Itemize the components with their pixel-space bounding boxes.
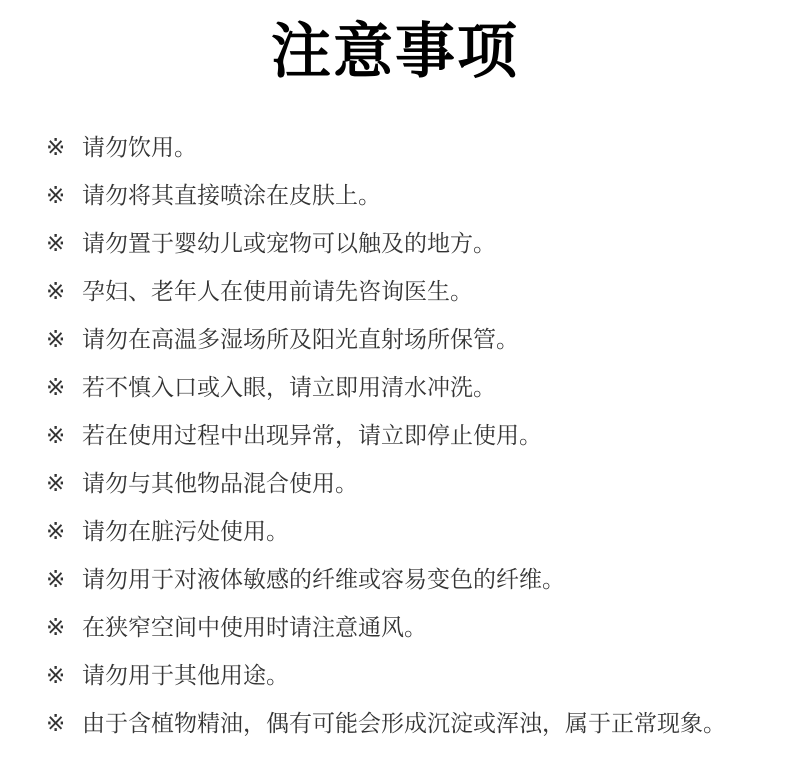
precaution-text: 由于含植物精油，偶有可能会形成沉淀或浑浊，属于正常现象。 xyxy=(82,708,740,738)
list-item: ※请勿在脏污处使用。 xyxy=(46,516,740,546)
list-item: ※请勿在高温多湿场所及阳光直射场所保管。 xyxy=(46,324,740,354)
list-item: ※由于含植物精油，偶有可能会形成沉淀或浑浊，属于正常现象。 xyxy=(46,708,740,738)
precautions-page: 注意事项 ※请勿饮用。※请勿将其直接喷涂在皮肤上。※请勿置于婴幼儿或宠物可以触及… xyxy=(0,16,790,738)
reference-mark: ※ xyxy=(46,708,70,738)
precaution-text: 若在使用过程中出现异常，请立即停止使用。 xyxy=(82,420,740,450)
list-item: ※若不慎入口或入眼，请立即用清水冲洗。 xyxy=(46,372,740,402)
precaution-text: 在狭窄空间中使用时请注意通风。 xyxy=(82,612,740,642)
list-item: ※孕妇、老年人在使用前请先咨询医生。 xyxy=(46,276,740,306)
precaution-text: 请勿在脏污处使用。 xyxy=(82,516,740,546)
reference-mark: ※ xyxy=(46,324,70,354)
precaution-text: 请勿用于对液体敏感的纤维或容易变色的纤维。 xyxy=(82,564,740,594)
list-item: ※请勿置于婴幼儿或宠物可以触及的地方。 xyxy=(46,228,740,258)
precaution-text: 请勿将其直接喷涂在皮肤上。 xyxy=(82,180,740,210)
precaution-text: 请勿置于婴幼儿或宠物可以触及的地方。 xyxy=(82,228,740,258)
precaution-text: 若不慎入口或入眼，请立即用清水冲洗。 xyxy=(82,372,740,402)
reference-mark: ※ xyxy=(46,420,70,450)
precaution-text: 请勿在高温多湿场所及阳光直射场所保管。 xyxy=(82,324,740,354)
reference-mark: ※ xyxy=(46,660,70,690)
reference-mark: ※ xyxy=(46,612,70,642)
reference-mark: ※ xyxy=(46,228,70,258)
reference-mark: ※ xyxy=(46,132,70,162)
reference-mark: ※ xyxy=(46,180,70,210)
precaution-text: 孕妇、老年人在使用前请先咨询医生。 xyxy=(82,276,740,306)
reference-mark: ※ xyxy=(46,564,70,594)
precaution-text: 请勿与其他物品混合使用。 xyxy=(82,468,740,498)
list-item: ※在狭窄空间中使用时请注意通风。 xyxy=(46,612,740,642)
reference-mark: ※ xyxy=(46,516,70,546)
precaution-text: 请勿饮用。 xyxy=(82,132,740,162)
page-title: 注意事项 xyxy=(0,16,790,88)
list-item: ※请勿用于其他用途。 xyxy=(46,660,740,690)
list-item: ※请勿将其直接喷涂在皮肤上。 xyxy=(46,180,740,210)
list-item: ※请勿与其他物品混合使用。 xyxy=(46,468,740,498)
list-item: ※请勿饮用。 xyxy=(46,132,740,162)
reference-mark: ※ xyxy=(46,468,70,498)
reference-mark: ※ xyxy=(46,276,70,306)
list-item: ※若在使用过程中出现异常，请立即停止使用。 xyxy=(46,420,740,450)
precautions-list: ※请勿饮用。※请勿将其直接喷涂在皮肤上。※请勿置于婴幼儿或宠物可以触及的地方。※… xyxy=(0,132,790,738)
reference-mark: ※ xyxy=(46,372,70,402)
list-item: ※请勿用于对液体敏感的纤维或容易变色的纤维。 xyxy=(46,564,740,594)
precaution-text: 请勿用于其他用途。 xyxy=(82,660,740,690)
